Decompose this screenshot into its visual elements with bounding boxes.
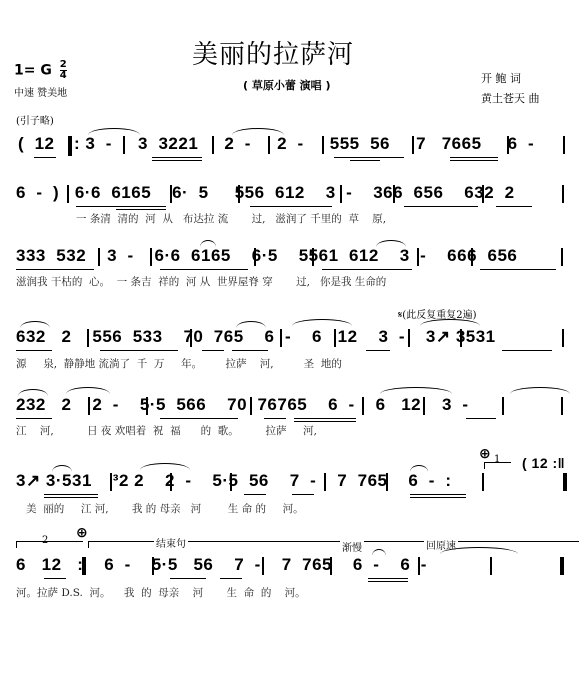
underline [466, 418, 496, 419]
barline [324, 473, 326, 491]
barline [563, 136, 565, 154]
repeat-tail-notes: ( 12 :‖ [522, 455, 565, 471]
barline [418, 557, 420, 575]
lyrics-line: 河。拉萨 D.S. 河。 我 的 母亲 河 生 命 的 河。 [16, 585, 306, 600]
coda-sign-icon: ⊕ [76, 525, 88, 541]
underline [292, 494, 314, 495]
tie-arc [440, 547, 518, 554]
barline [362, 397, 364, 415]
underline [100, 350, 178, 351]
underline [250, 206, 332, 207]
underline [368, 581, 408, 582]
underline [152, 160, 202, 161]
barline [110, 473, 112, 491]
barline [190, 329, 192, 347]
time-signature: 2 4 [60, 60, 67, 81]
tie-arc [420, 319, 480, 326]
repeat-end-barline [82, 557, 86, 575]
underline [16, 350, 52, 351]
barline [460, 329, 462, 347]
lyricist-credit: 开 鲍 词 [481, 70, 521, 86]
ritardando-marking: 渐慢 [340, 539, 364, 554]
barline [312, 248, 314, 266]
tie-arc [140, 463, 190, 470]
barline [254, 248, 256, 266]
barline [88, 397, 90, 415]
notes-line: 6 - ) 6·6 6165 6· 5 556 612 3 - 366 656 … [16, 183, 515, 203]
underline [404, 206, 478, 207]
underline [232, 350, 268, 351]
tempo-marking: 中速 赞美地 [14, 84, 67, 99]
underline [334, 157, 404, 158]
underline [220, 578, 242, 579]
notes-line: 333 532 3 - 6·6 6165 6·5 5561 612 3 - 66… [16, 246, 517, 266]
composer-credit: 黄土苍天 曲 [481, 90, 540, 106]
lyrics-line: 滋润我 干枯的 心。 一 条吉 祥的 河 从 世界屋脊 穿 过, 你是我 生命的 [16, 274, 386, 289]
underline [170, 578, 206, 579]
barline [123, 136, 125, 154]
tie-arc [292, 319, 352, 326]
underline [244, 494, 266, 495]
notes-line: 232 2 2 - 5·5 566 70 76765 6 - 6 12 3 - [16, 395, 469, 415]
underline [322, 269, 412, 270]
barline [482, 185, 484, 203]
barline [562, 185, 564, 203]
barline [170, 185, 172, 203]
volta-label-2: 2 [42, 535, 48, 546]
barline [230, 473, 232, 491]
slur-arc [410, 465, 428, 472]
tie-arc [510, 387, 570, 394]
underline [202, 350, 224, 351]
slur-arc [200, 240, 216, 247]
barline [322, 136, 324, 154]
barline [412, 136, 414, 154]
key-signature: 1= G 2 4 [14, 60, 67, 81]
underline [76, 206, 166, 207]
tie-arc [88, 128, 140, 135]
underline [350, 160, 380, 161]
barline [490, 557, 492, 575]
tie-arc [380, 387, 452, 394]
underline [152, 157, 202, 158]
barline [87, 329, 89, 347]
barline [561, 397, 563, 415]
barline [423, 397, 425, 415]
underline [44, 497, 98, 498]
barline [562, 329, 564, 347]
final-barline [560, 557, 564, 575]
slur-arc [376, 240, 406, 247]
tie-arc [66, 387, 110, 394]
underline [368, 578, 408, 579]
barline [280, 329, 282, 347]
slur-arc [52, 465, 72, 472]
underline [294, 421, 356, 422]
song-title: 美丽的拉萨河 [192, 34, 354, 71]
underline [450, 157, 498, 158]
barline [262, 557, 264, 575]
barline [471, 248, 473, 266]
underline [294, 418, 356, 419]
slur-arc [236, 321, 266, 328]
intro-note: (引子略) [16, 112, 54, 127]
barline [268, 136, 270, 154]
barline [330, 557, 332, 575]
barline [408, 329, 410, 347]
ending-section-label: 结束句 [154, 535, 188, 550]
notes-line: : 3 - 3 3221 2 - 2 - 555 56 7 7665 6 - [74, 134, 534, 154]
underline [16, 418, 52, 419]
slur-arc [372, 549, 386, 556]
underline [502, 350, 552, 351]
lyrics-line: 江 河, 日 夜 欢唱着 祝 福 的 歌。 拉萨 河, [16, 423, 317, 438]
barline [334, 329, 336, 347]
underline [34, 157, 56, 158]
barline [150, 248, 152, 266]
underline [160, 418, 238, 419]
tie-arc [232, 128, 284, 135]
barline [212, 136, 214, 154]
underline [44, 578, 66, 579]
underline [44, 494, 98, 495]
lyrics-line: 源 泉, 静静地 流淌了 千 万 年。 拉萨 河, 圣 地的 [16, 356, 342, 371]
lyrics-line: 美 丽的 江 河, 我 的 母亲 河 生 命 的 河。 [16, 501, 304, 516]
underline [160, 269, 248, 270]
notes-line: 6 12 : 6 - 5·5 56 7 - 7 765 6 - 6 - [16, 555, 427, 575]
underline [16, 269, 94, 270]
slur-arc [18, 389, 48, 396]
key-label: 1= G [14, 63, 52, 79]
underline [496, 206, 532, 207]
barline [170, 473, 172, 491]
barline [146, 397, 148, 415]
underline [366, 350, 390, 351]
barline [152, 557, 154, 575]
barline [502, 397, 504, 415]
barline [507, 136, 509, 154]
repeat-end-barline [563, 473, 567, 491]
volta-bracket-2 [16, 541, 83, 548]
barline [561, 248, 563, 266]
underline [450, 160, 498, 161]
time-sig-bottom: 4 [60, 71, 67, 81]
barline [238, 185, 240, 203]
barline [98, 248, 100, 266]
underline [116, 209, 166, 210]
singer-credit: ( 草原小蕾 演唱 ) [243, 77, 331, 93]
underline [264, 418, 286, 419]
lyrics-line: 一 条清 清的 河 从 布达拉 流 过, 滋润了 千里的 草 原, [76, 211, 386, 226]
barline [67, 185, 69, 203]
underline [410, 494, 466, 495]
underline [410, 497, 466, 498]
barline [386, 473, 388, 491]
slur-arc [20, 321, 50, 328]
barline [482, 473, 484, 491]
barline [393, 185, 395, 203]
volta-label-1: 1 [494, 454, 500, 465]
notes-line: ( 12 [18, 134, 65, 154]
barline [250, 397, 252, 415]
underline [480, 269, 556, 270]
coda-sign-icon: ⊕ [479, 446, 491, 462]
barline [340, 185, 342, 203]
repeat-start-barline [68, 136, 72, 156]
barline [417, 248, 419, 266]
